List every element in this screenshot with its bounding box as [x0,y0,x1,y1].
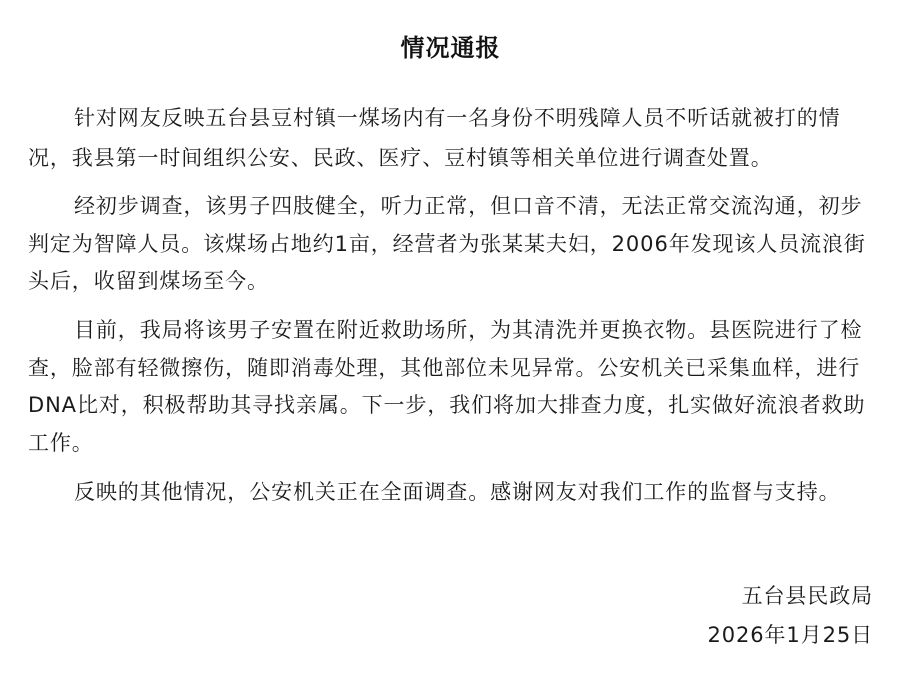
paragraph-line: 况，我县第一时间组织公安、民政、医疗、豆村镇等相关单位进行调查处置。 [28,144,773,172]
paragraph-line: 经初步调查，该男子四肢健全，听力正常，但口音不清，无法正常交流沟通，初步 [74,192,862,220]
issue-date: 2026年1月25日 [707,621,873,649]
paragraph-line: 反映的其他情况，公安机关正在全面调查。感谢网友对我们工作的监督与支持。 [74,478,841,506]
paragraph-line: 目前，我局将该男子安置在附近救助场所，为其清洗并更换衣物。县医院进行了检 [74,316,862,344]
issuer-name: 五台县民政局 [742,582,873,610]
paragraph-line: 头后，收留到煤场至今。 [28,267,269,295]
paragraph-line: DNA比对，积极帮助其寻找亲属。下一步，我们将加大排查力度，扎实做好流浪者救助 [28,391,865,419]
paragraph-line: 工作。 [28,429,94,457]
document-title: 情况通报 [0,28,901,63]
paragraph-line: 针对网友反映五台县豆村镇一煤场内有一名身份不明残障人员不听话就被打的情 [74,104,841,132]
paragraph-line: 判定为智障人员。该煤场占地约1亩，经营者为张某某夫妇，2006年发现该人员流浪街 [28,230,866,258]
paragraph-line: 查，脸部有轻微擦伤，随即消毒处理，其他部位未见异常。公安机关已采集血样，进行 [28,354,860,382]
